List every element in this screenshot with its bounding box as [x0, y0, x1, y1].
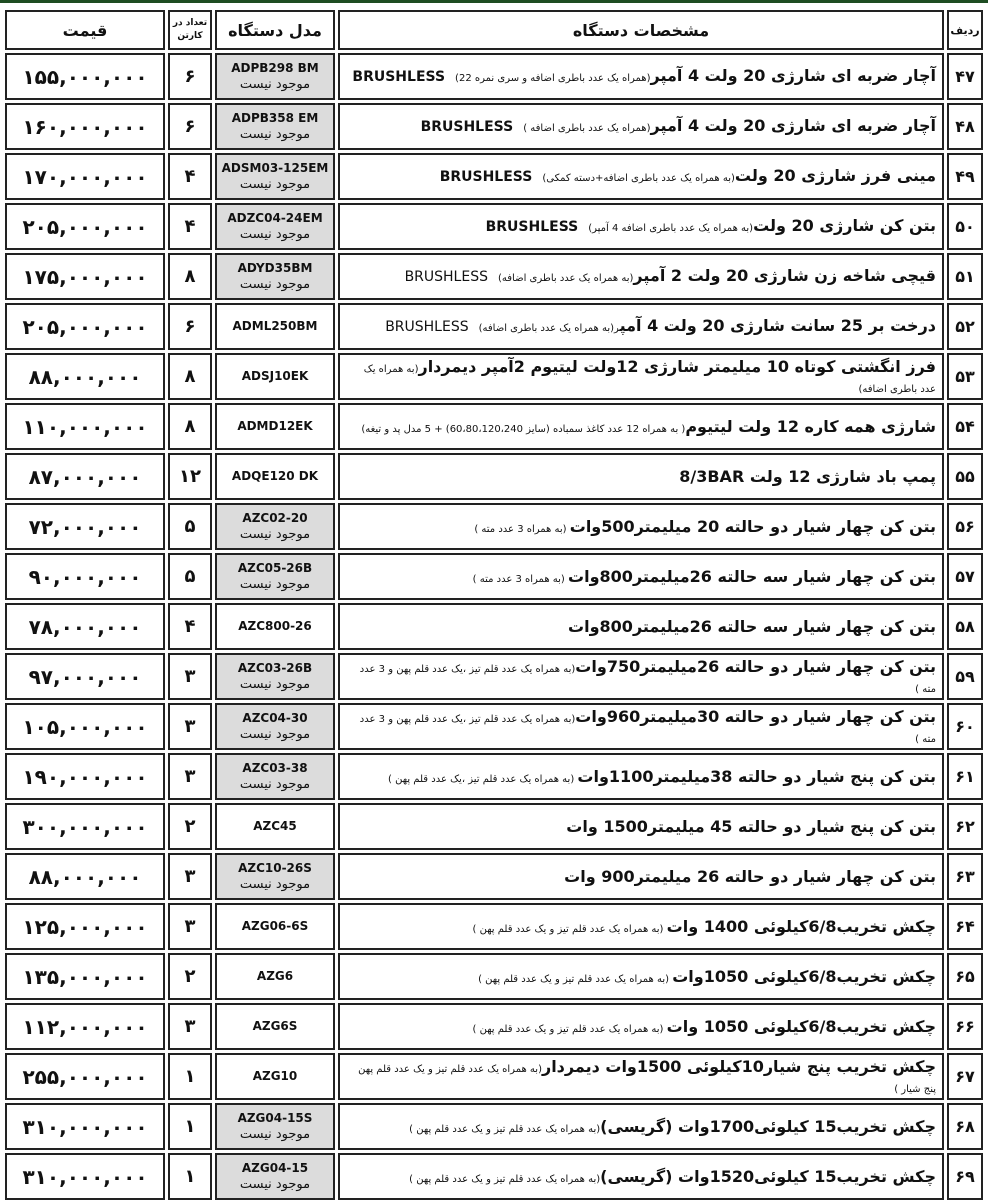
- quantity-per-carton: ۳: [168, 703, 212, 750]
- model-cell: AZG6S: [215, 1003, 335, 1050]
- header-specifications: مشخصات دستگاه: [338, 10, 944, 50]
- spec-tag: BRUSHLESS: [352, 69, 445, 85]
- quantity-per-carton: ۲: [168, 803, 212, 850]
- spec-title: بتن کن چهار شیار دو حالته 26 میلیمتر900 …: [564, 867, 936, 886]
- price: ۹۰,۰۰۰,۰۰۰: [5, 553, 165, 600]
- row-number: ۴۸: [947, 103, 983, 150]
- quantity-per-carton: ۴: [168, 603, 212, 650]
- price: ۲۵۵,۰۰۰,۰۰۰: [5, 1053, 165, 1100]
- product-specification: چکش تخریب6/8کیلوئی 1400 وات (به همراه یک…: [338, 903, 944, 950]
- row-number: ۶۸: [947, 1103, 983, 1150]
- stock-status: موجود نیست: [217, 76, 333, 94]
- model-code: AZG04-15S: [217, 1110, 333, 1126]
- price: ۳۰۰,۰۰۰,۰۰۰: [5, 803, 165, 850]
- spec-tag: BRUSHLESS: [405, 269, 488, 285]
- model-code: ADML250BM: [217, 318, 333, 334]
- spec-note: ر(به همراه یک عدد باطری اضافه): [479, 323, 620, 334]
- spec-note: (به همراه 3 عدد مته ): [473, 574, 568, 585]
- model-cell: AZG04-15S موجود نیست: [215, 1103, 335, 1150]
- spec-title: چکش تخریب6/8کیلوئی 1050وات: [672, 967, 936, 986]
- table-row: ۵۸ بتن کن چهار شیار سه حالته 26میلیمتر80…: [5, 603, 983, 650]
- spec-title: بتن کن چهار شیار سه حالته 26میلیمتر800وا…: [568, 567, 936, 586]
- spec-note: (به همراه یک عدد قلم تیز و یک عدد قلم په…: [473, 1024, 667, 1035]
- quantity-per-carton: ۴: [168, 153, 212, 200]
- quantity-per-carton: ۳: [168, 653, 212, 700]
- table-row: ۵۷ بتن کن چهار شیار سه حالته 26میلیمتر80…: [5, 553, 983, 600]
- spec-note: (به همراه یک عدد قلم تیز و یک عدد قلم په…: [473, 924, 667, 935]
- spec-note: (همراه یک عدد باطری اضافه و سری نمره 22): [455, 73, 650, 84]
- model-code: AZC02-20: [217, 510, 333, 526]
- row-number: ۵۵: [947, 453, 983, 500]
- table-row: ۶۵ چکش تخریب6/8کیلوئی 1050وات (به همراه …: [5, 953, 983, 1000]
- model-cell: ADML250BM: [215, 303, 335, 350]
- product-specification: درخت بر 25 سانت شارژی 20 ولت 4 آمپر(به ه…: [338, 303, 944, 350]
- price: ۸۸,۰۰۰,۰۰۰: [5, 353, 165, 400]
- stock-status: موجود نیست: [217, 1126, 333, 1144]
- model-code: AZC05-26B: [217, 560, 333, 576]
- price: ۱۱۲,۰۰۰,۰۰۰: [5, 1003, 165, 1050]
- row-number: ۶۱: [947, 753, 983, 800]
- quantity-per-carton: ۶: [168, 303, 212, 350]
- row-number: ۵۷: [947, 553, 983, 600]
- model-cell: ADPB358 EM موجود نیست: [215, 103, 335, 150]
- table-row: ۵۰ بتن کن شارژی 20 ولت(به همراه یک عدد ب…: [5, 203, 983, 250]
- quantity-per-carton: ۳: [168, 753, 212, 800]
- price: ۳۱۰,۰۰۰,۰۰۰: [5, 1153, 165, 1194]
- price-list-sheet: ردیف مشخصات دستگاه مدل دستگاه تعداد در ک…: [0, 0, 988, 1194]
- stock-status: موجود نیست: [217, 676, 333, 694]
- spec-title: چکش تخریب پنج شیار10کیلوئی 1500وات دیمرد…: [542, 1057, 936, 1076]
- quantity-per-carton: ۱۲: [168, 453, 212, 500]
- row-number: ۵۰: [947, 203, 983, 250]
- spec-title: مینی فرز شارژی 20 ولت: [735, 166, 936, 185]
- row-number: ۶۲: [947, 803, 983, 850]
- model-cell: AZC05-26B موجود نیست: [215, 553, 335, 600]
- model-code: ADZC04-24EM: [217, 210, 333, 226]
- price: ۱۰۵,۰۰۰,۰۰۰: [5, 703, 165, 750]
- model-cell: AZC02-20 موجود نیست: [215, 503, 335, 550]
- quantity-per-carton: ۴: [168, 203, 212, 250]
- spec-note: (به همراه یک عدد باطری اضافه+دسته کمکی): [542, 173, 735, 184]
- row-number: ۵۶: [947, 503, 983, 550]
- model-cell: ADZC04-24EM موجود نیست: [215, 203, 335, 250]
- price: ۲۰۵,۰۰۰,۰۰۰: [5, 303, 165, 350]
- model-cell: ADMD12EK: [215, 403, 335, 450]
- model-cell: AZC03-26B موجود نیست: [215, 653, 335, 700]
- model-code: AZC03-26B: [217, 660, 333, 676]
- product-specification: آچار ضربه ای شارژی 20 ولت 4 آمپر(همراه ی…: [338, 103, 944, 150]
- stock-status: موجود نیست: [217, 226, 333, 244]
- row-number: ۶۳: [947, 853, 983, 900]
- model-code: ADPB298 BM: [217, 60, 333, 76]
- spec-title: فرز انگشتی کوتاه 10 میلیمتر شارژی 12ولت …: [418, 357, 936, 376]
- product-specification: بتن کن پنج شیار دو حالته 45 میلیمتر1500 …: [338, 803, 944, 850]
- product-specification: مینی فرز شارژی 20 ولت(به همراه یک عدد با…: [338, 153, 944, 200]
- model-cell: AZC800-26: [215, 603, 335, 650]
- spec-title: قیچی شاخه زن شارژی 20 ولت 2 آمپر: [633, 266, 936, 285]
- quantity-per-carton: ۱: [168, 1103, 212, 1150]
- model-cell: ADYD35BM موجود نیست: [215, 253, 335, 300]
- table-row: ۶۳ بتن کن چهار شیار دو حالته 26 میلیمتر9…: [5, 853, 983, 900]
- price: ۱۳۵,۰۰۰,۰۰۰: [5, 953, 165, 1000]
- model-cell: AZG6: [215, 953, 335, 1000]
- quantity-per-carton: ۱: [168, 1053, 212, 1100]
- price: ۸۷,۰۰۰,۰۰۰: [5, 453, 165, 500]
- model-code: AZC04-30: [217, 710, 333, 726]
- model-cell: AZG10: [215, 1053, 335, 1100]
- header-quantity-per-carton: تعداد در کارتن: [168, 10, 212, 50]
- quantity-per-carton: ۲: [168, 953, 212, 1000]
- quantity-per-carton: ۳: [168, 1003, 212, 1050]
- model-cell: AZG04-15 موجود نیست: [215, 1153, 335, 1194]
- row-number: ۶۹: [947, 1153, 983, 1194]
- product-specification: بتن کن پنج شیار دو حالته 38میلیمتر1100وا…: [338, 753, 944, 800]
- product-specification: بتن کن چهار شیار دو حالته 30میلیمتر960وا…: [338, 703, 944, 750]
- model-cell: ADSJ10EK: [215, 353, 335, 400]
- price: ۱۷۰,۰۰۰,۰۰۰: [5, 153, 165, 200]
- model-code: AZC03-38: [217, 760, 333, 776]
- spec-title: بتن کن پنج شیار دو حالته 45 میلیمتر1500 …: [566, 817, 936, 836]
- row-number: ۶۶: [947, 1003, 983, 1050]
- spec-title: بتن کن چهار شیار سه حالته 26میلیمتر800وا…: [568, 617, 936, 636]
- stock-status: موجود نیست: [217, 776, 333, 794]
- spec-title: چکش تخریب15 کیلوئی1520وات (گریسی): [600, 1167, 936, 1186]
- spec-note: (همراه یک عدد باطری اضافه ): [523, 123, 650, 134]
- price: ۱۷۵,۰۰۰,۰۰۰: [5, 253, 165, 300]
- model-code: ADSM03-125EM: [217, 160, 333, 176]
- spec-tag: BRUSHLESS: [421, 119, 514, 135]
- price: ۷۲,۰۰۰,۰۰۰: [5, 503, 165, 550]
- spec-title: درخت بر 25 سانت شارژی 20 ولت 4 آمپ: [620, 316, 936, 335]
- table-row: ۴۷ آچار ضربه ای شارژی 20 ولت 4 آمپر(همرا…: [5, 53, 983, 100]
- table-row: ۵۴ شارژی همه کاره 12 ولت لیتیوم( به همرا…: [5, 403, 983, 450]
- row-number: ۴۷: [947, 53, 983, 100]
- row-number: ۵۲: [947, 303, 983, 350]
- row-number: ۵۳: [947, 353, 983, 400]
- price-table: ردیف مشخصات دستگاه مدل دستگاه تعداد در ک…: [2, 7, 986, 1194]
- stock-status: موجود نیست: [217, 526, 333, 544]
- product-specification: بتن کن چهار شیار دو حالته 26میلیمتر750وا…: [338, 653, 944, 700]
- quantity-per-carton: ۵: [168, 553, 212, 600]
- row-number: ۶۴: [947, 903, 983, 950]
- model-cell: AZG06-6S: [215, 903, 335, 950]
- quantity-per-carton: ۸: [168, 403, 212, 450]
- model-code: ADQE120 DK: [217, 468, 333, 484]
- model-cell: AZC10-26S موجود نیست: [215, 853, 335, 900]
- row-number: ۴۹: [947, 153, 983, 200]
- table-header-row: ردیف مشخصات دستگاه مدل دستگاه تعداد در ک…: [5, 10, 983, 50]
- product-specification: پمپ باد شارژی 12 ولت 8/3BAR: [338, 453, 944, 500]
- header-model: مدل دستگاه: [215, 10, 335, 50]
- spec-title: بتن کن چهار شیار دو حالته 20 میلیمتر500و…: [570, 517, 936, 536]
- row-number: ۵۸: [947, 603, 983, 650]
- product-specification: بتن کن چهار شیار سه حالته 26میلیمتر800وا…: [338, 603, 944, 650]
- price: ۸۸,۰۰۰,۰۰۰: [5, 853, 165, 900]
- model-code: AZG04-15: [217, 1160, 333, 1176]
- model-code: AZC10-26S: [217, 860, 333, 876]
- quantity-per-carton: ۸: [168, 253, 212, 300]
- price: ۱۲۵,۰۰۰,۰۰۰: [5, 903, 165, 950]
- spec-title: چکش تخریب6/8کیلوئی 1400 وات: [667, 917, 936, 936]
- product-specification: آچار ضربه ای شارژی 20 ولت 4 آمپر(همراه ی…: [338, 53, 944, 100]
- quantity-per-carton: ۳: [168, 903, 212, 950]
- model-code: AZC800-26: [217, 618, 333, 634]
- table-row: ۶۲ بتن کن پنج شیار دو حالته 45 میلیمتر15…: [5, 803, 983, 850]
- product-specification: چکش تخریب پنج شیار10کیلوئی 1500وات دیمرد…: [338, 1053, 944, 1100]
- header-price: قیمت: [5, 10, 165, 50]
- spec-title: بتن کن چهار شیار دو حالته 30میلیمتر960وا…: [575, 707, 936, 726]
- spec-title: پمپ باد شارژی 12 ولت 8/3BAR: [679, 467, 936, 486]
- stock-status: موجود نیست: [217, 126, 333, 144]
- stock-status: موجود نیست: [217, 726, 333, 744]
- price: ۱۱۰,۰۰۰,۰۰۰: [5, 403, 165, 450]
- table-row: ۵۱ قیچی شاخه زن شارژی 20 ولت 2 آمپر(به ه…: [5, 253, 983, 300]
- row-number: ۶۰: [947, 703, 983, 750]
- quantity-per-carton: ۶: [168, 103, 212, 150]
- model-cell: ADQE120 DK: [215, 453, 335, 500]
- spec-title: چکش تخریب6/8کیلوئی 1050 وات: [667, 1017, 936, 1036]
- stock-status: موجود نیست: [217, 176, 333, 194]
- stock-status: موجود نیست: [217, 576, 333, 594]
- spec-note: (به همراه یک عدد قلم تیز و یک عدد قلم په…: [409, 1124, 600, 1135]
- price: ۷۸,۰۰۰,۰۰۰: [5, 603, 165, 650]
- spec-tag: BRUSHLESS: [385, 319, 468, 335]
- header-row-number: ردیف: [947, 10, 983, 50]
- table-row: ۶۹ چکش تخریب15 کیلوئی1520وات (گریسی)(به …: [5, 1153, 983, 1194]
- table-row: ۶۰ بتن کن چهار شیار دو حالته 30میلیمتر96…: [5, 703, 983, 750]
- model-code: AZG6S: [217, 1018, 333, 1034]
- price: ۹۷,۰۰۰,۰۰۰: [5, 653, 165, 700]
- product-specification: بتن کن چهار شیار دو حالته 26 میلیمتر900 …: [338, 853, 944, 900]
- table-row: ۶۸ چکش تخریب15 کیلوئی1700وات (گریسی)(به …: [5, 1103, 983, 1150]
- table-row: ۵۲ درخت بر 25 سانت شارژی 20 ولت 4 آمپر(ب…: [5, 303, 983, 350]
- model-code: AZG6: [217, 968, 333, 984]
- table-row: ۵۳ فرز انگشتی کوتاه 10 میلیمتر شارژی 12و…: [5, 353, 983, 400]
- spec-note: (به همراه یک عدد قلم تیز و یک عدد قلم په…: [409, 1174, 600, 1185]
- spec-title: بتن کن چهار شیار دو حالته 26میلیمتر750وا…: [575, 657, 936, 676]
- row-number: ۵۹: [947, 653, 983, 700]
- model-cell: ADSM03-125EM موجود نیست: [215, 153, 335, 200]
- product-specification: فرز انگشتی کوتاه 10 میلیمتر شارژی 12ولت …: [338, 353, 944, 400]
- table-row: ۶۷ چکش تخریب پنج شیار10کیلوئی 1500وات دی…: [5, 1053, 983, 1100]
- product-specification: بتن کن چهار شیار دو حالته 20 میلیمتر500و…: [338, 503, 944, 550]
- model-code: AZG10: [217, 1068, 333, 1084]
- table-row: ۶۴ چکش تخریب6/8کیلوئی 1400 وات (به همراه…: [5, 903, 983, 950]
- table-row: ۴۸ آچار ضربه ای شارژی 20 ولت 4 آمپر(همرا…: [5, 103, 983, 150]
- model-cell: AZC45: [215, 803, 335, 850]
- spec-note: (به همراه 3 عدد مته ): [474, 524, 569, 535]
- table-row: ۶۶ چکش تخریب6/8کیلوئی 1050 وات (به همراه…: [5, 1003, 983, 1050]
- row-number: ۵۱: [947, 253, 983, 300]
- quantity-per-carton: ۶: [168, 53, 212, 100]
- model-cell: AZC03-38 موجود نیست: [215, 753, 335, 800]
- spec-note: (به همراه یک عدد قلم تیز و یک عدد قلم په…: [478, 974, 672, 985]
- spec-title: آچار ضربه ای شارژی 20 ولت 4 آمپر: [650, 66, 936, 85]
- table-row: ۵۹ بتن کن چهار شیار دو حالته 26میلیمتر75…: [5, 653, 983, 700]
- model-cell: ADPB298 BM موجود نیست: [215, 53, 335, 100]
- spec-tag: BRUSHLESS: [440, 169, 533, 185]
- row-number: ۵۴: [947, 403, 983, 450]
- table-row: ۶۱ بتن کن پنج شیار دو حالته 38میلیمتر110…: [5, 753, 983, 800]
- model-code: ADYD35BM: [217, 260, 333, 276]
- table-body: ۴۷ آچار ضربه ای شارژی 20 ولت 4 آمپر(همرا…: [5, 53, 983, 1194]
- table-row: ۴۹ مینی فرز شارژی 20 ولت(به همراه یک عدد…: [5, 153, 983, 200]
- price: ۱۹۰,۰۰۰,۰۰۰: [5, 753, 165, 800]
- row-number: ۶۵: [947, 953, 983, 1000]
- spec-title: آچار ضربه ای شارژی 20 ولت 4 آمپر: [650, 116, 936, 135]
- model-code: ADMD12EK: [217, 418, 333, 434]
- product-specification: چکش تخریب6/8کیلوئی 1050وات (به همراه یک …: [338, 953, 944, 1000]
- spec-title: چکش تخریب15 کیلوئی1700وات (گریسی): [600, 1117, 936, 1136]
- spec-title: بتن کن شارژی 20 ولت: [753, 216, 936, 235]
- quantity-per-carton: ۵: [168, 503, 212, 550]
- table-row: ۵۶ بتن کن چهار شیار دو حالته 20 میلیمتر5…: [5, 503, 983, 550]
- spec-title: شارژی همه کاره 12 ولت لیتیوم: [685, 417, 936, 436]
- price: ۱۵۵,۰۰۰,۰۰۰: [5, 53, 165, 100]
- model-code: ADSJ10EK: [217, 368, 333, 384]
- spec-title: بتن کن پنج شیار دو حالته 38میلیمتر1100وا…: [577, 767, 936, 786]
- model-code: AZC45: [217, 818, 333, 834]
- product-specification: بتن کن شارژی 20 ولت(به همراه یک عدد باطر…: [338, 203, 944, 250]
- price: ۲۰۵,۰۰۰,۰۰۰: [5, 203, 165, 250]
- product-specification: چکش تخریب15 کیلوئی1700وات (گریسی)(به همر…: [338, 1103, 944, 1150]
- model-code: AZG06-6S: [217, 918, 333, 934]
- quantity-per-carton: ۳: [168, 853, 212, 900]
- stock-status: موجود نیست: [217, 876, 333, 894]
- model-code: ADPB358 EM: [217, 110, 333, 126]
- product-specification: قیچی شاخه زن شارژی 20 ولت 2 آمپر(به همرا…: [338, 253, 944, 300]
- product-specification: بتن کن چهار شیار سه حالته 26میلیمتر800وا…: [338, 553, 944, 600]
- quantity-per-carton: ۸: [168, 353, 212, 400]
- product-specification: چکش تخریب15 کیلوئی1520وات (گریسی)(به همر…: [338, 1153, 944, 1194]
- price: ۱۶۰,۰۰۰,۰۰۰: [5, 103, 165, 150]
- spec-note: ( به همراه 12 عدد کاغذ سمباده (سایز 60،8…: [361, 424, 685, 435]
- price: ۳۱۰,۰۰۰,۰۰۰: [5, 1103, 165, 1150]
- stock-status: موجود نیست: [217, 1176, 333, 1194]
- row-number: ۶۷: [947, 1053, 983, 1100]
- table-row: ۵۵ پمپ باد شارژی 12 ولت 8/3BAR ADQE120 D…: [5, 453, 983, 500]
- product-specification: چکش تخریب6/8کیلوئی 1050 وات (به همراه یک…: [338, 1003, 944, 1050]
- spec-note: (به همراه یک عدد قلم تیز ،یک عدد قلم پهن…: [388, 774, 577, 785]
- spec-note: (به همراه یک عدد باطری اضافه): [498, 273, 633, 284]
- spec-tag: BRUSHLESS: [486, 219, 579, 235]
- product-specification: شارژی همه کاره 12 ولت لیتیوم( به همراه 1…: [338, 403, 944, 450]
- model-cell: AZC04-30 موجود نیست: [215, 703, 335, 750]
- quantity-per-carton: ۱: [168, 1153, 212, 1194]
- stock-status: موجود نیست: [217, 276, 333, 294]
- spec-note: (به همراه یک عدد باطری اضافه 4 آمپر): [588, 223, 753, 234]
